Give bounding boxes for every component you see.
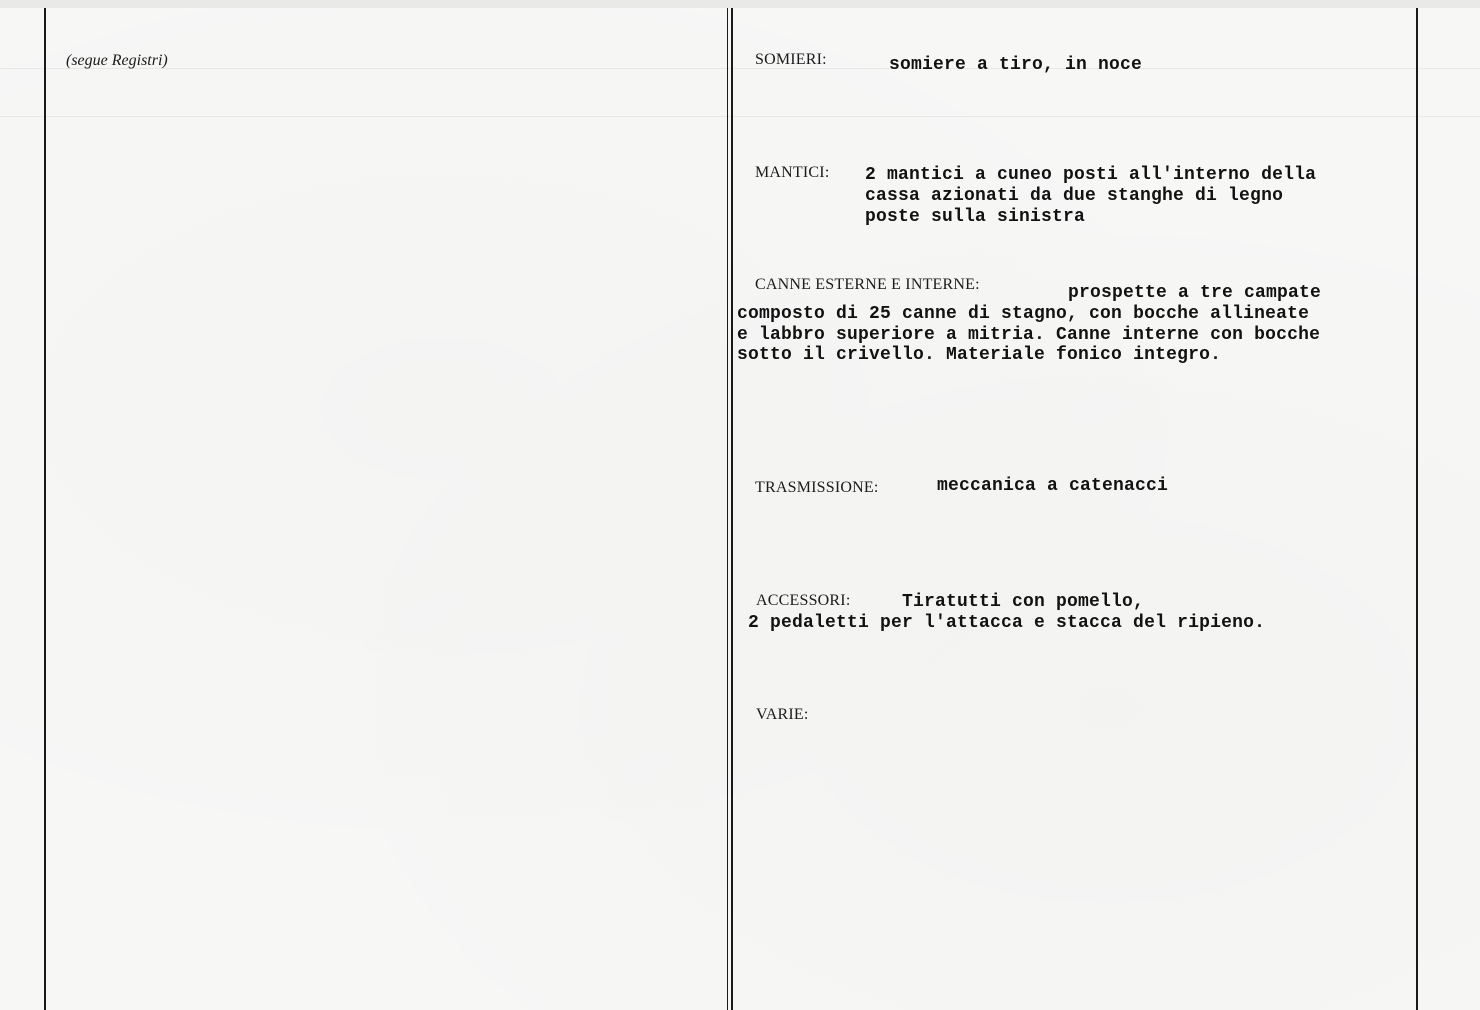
ghost-rule <box>0 116 1480 117</box>
field-label: MANTICI: <box>755 164 829 182</box>
field-value-line: sotto il crivello. Materiale fonico inte… <box>737 345 1221 365</box>
paper-background <box>0 8 1480 1010</box>
center-fold-rule-inner <box>731 8 733 1010</box>
field-value-line: Tiratutti con pomello, <box>902 592 1144 612</box>
right-margin-rule <box>1416 8 1418 1010</box>
field-label: ACCESSORI: <box>756 592 850 610</box>
field-value-line: prospette a tre campate <box>1068 283 1321 303</box>
segue-registri-caption: (segue Registri) <box>66 52 168 70</box>
field-value-line: poste sulla sinistra <box>865 207 1085 227</box>
field-value-line: composto di 25 canne di stagno, con bocc… <box>737 304 1309 324</box>
field-value-line: e labbro superiore a mitria. Canne inter… <box>737 325 1320 345</box>
center-fold-rule <box>727 8 728 1010</box>
field-value: meccanica a catenacci <box>937 476 1168 496</box>
field-label: TRASMISSIONE: <box>755 479 879 497</box>
scan-top-edge <box>0 0 1480 8</box>
field-value: somiere a tiro, in noce <box>889 55 1142 75</box>
field-value-line: 2 pedaletti per l'attacca e stacca del r… <box>748 613 1265 633</box>
field-value-line: cassa azionati da due stanghe di legno <box>865 186 1283 206</box>
field-label: SOMIERI: <box>755 51 827 69</box>
field-label: VARIE: <box>756 706 808 724</box>
field-label: CANNE ESTERNE E INTERNE: <box>755 276 980 294</box>
left-margin-rule <box>44 8 46 1010</box>
ghost-rule <box>0 68 1480 69</box>
field-value-line: 2 mantici a cuneo posti all'interno dell… <box>865 165 1316 185</box>
